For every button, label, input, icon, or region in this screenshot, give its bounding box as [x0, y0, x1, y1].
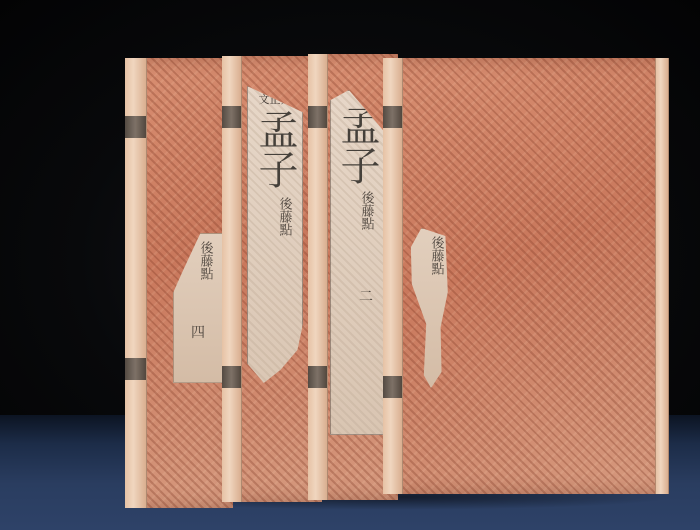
book-fore-edge [655, 58, 669, 494]
title-slip: 孟子 後藤點 二 [330, 90, 384, 435]
title-slip: 後藤點 四 [173, 233, 223, 383]
binding-thread [222, 366, 241, 388]
binding-thread [222, 106, 241, 128]
binding-thread [383, 376, 402, 398]
binding-thread [125, 358, 146, 380]
book-spine [125, 58, 147, 508]
publisher-text: 後藤點 [198, 241, 213, 280]
volume-mark: 四 [191, 322, 205, 342]
title-text: 孟子 [331, 105, 383, 185]
publisher-text: 後藤點 [429, 236, 444, 275]
binding-thread [125, 116, 146, 138]
book-volume-front: 後藤點 [383, 58, 669, 494]
binding-thread [308, 106, 327, 128]
book-spine [222, 56, 242, 502]
book-spine [383, 58, 403, 494]
binding-thread [308, 366, 327, 388]
book-volume-4: 後藤點 四 [125, 58, 233, 508]
title-text: 孟子 [249, 109, 301, 189]
publisher-text: 後藤點 [277, 197, 292, 236]
volume-mark: 二 [359, 286, 373, 306]
title-slip: 文正刻 孟子 後藤點 [247, 86, 303, 416]
title-slip-text: 後藤點 [407, 236, 455, 316]
binding-thread [383, 106, 402, 128]
book-spine [308, 54, 328, 500]
header-text: 文正刻 [259, 91, 292, 107]
book-volume-mencius-1: 文正刻 孟子 後藤點 [222, 56, 322, 502]
publisher-text: 後藤點 [359, 191, 374, 230]
